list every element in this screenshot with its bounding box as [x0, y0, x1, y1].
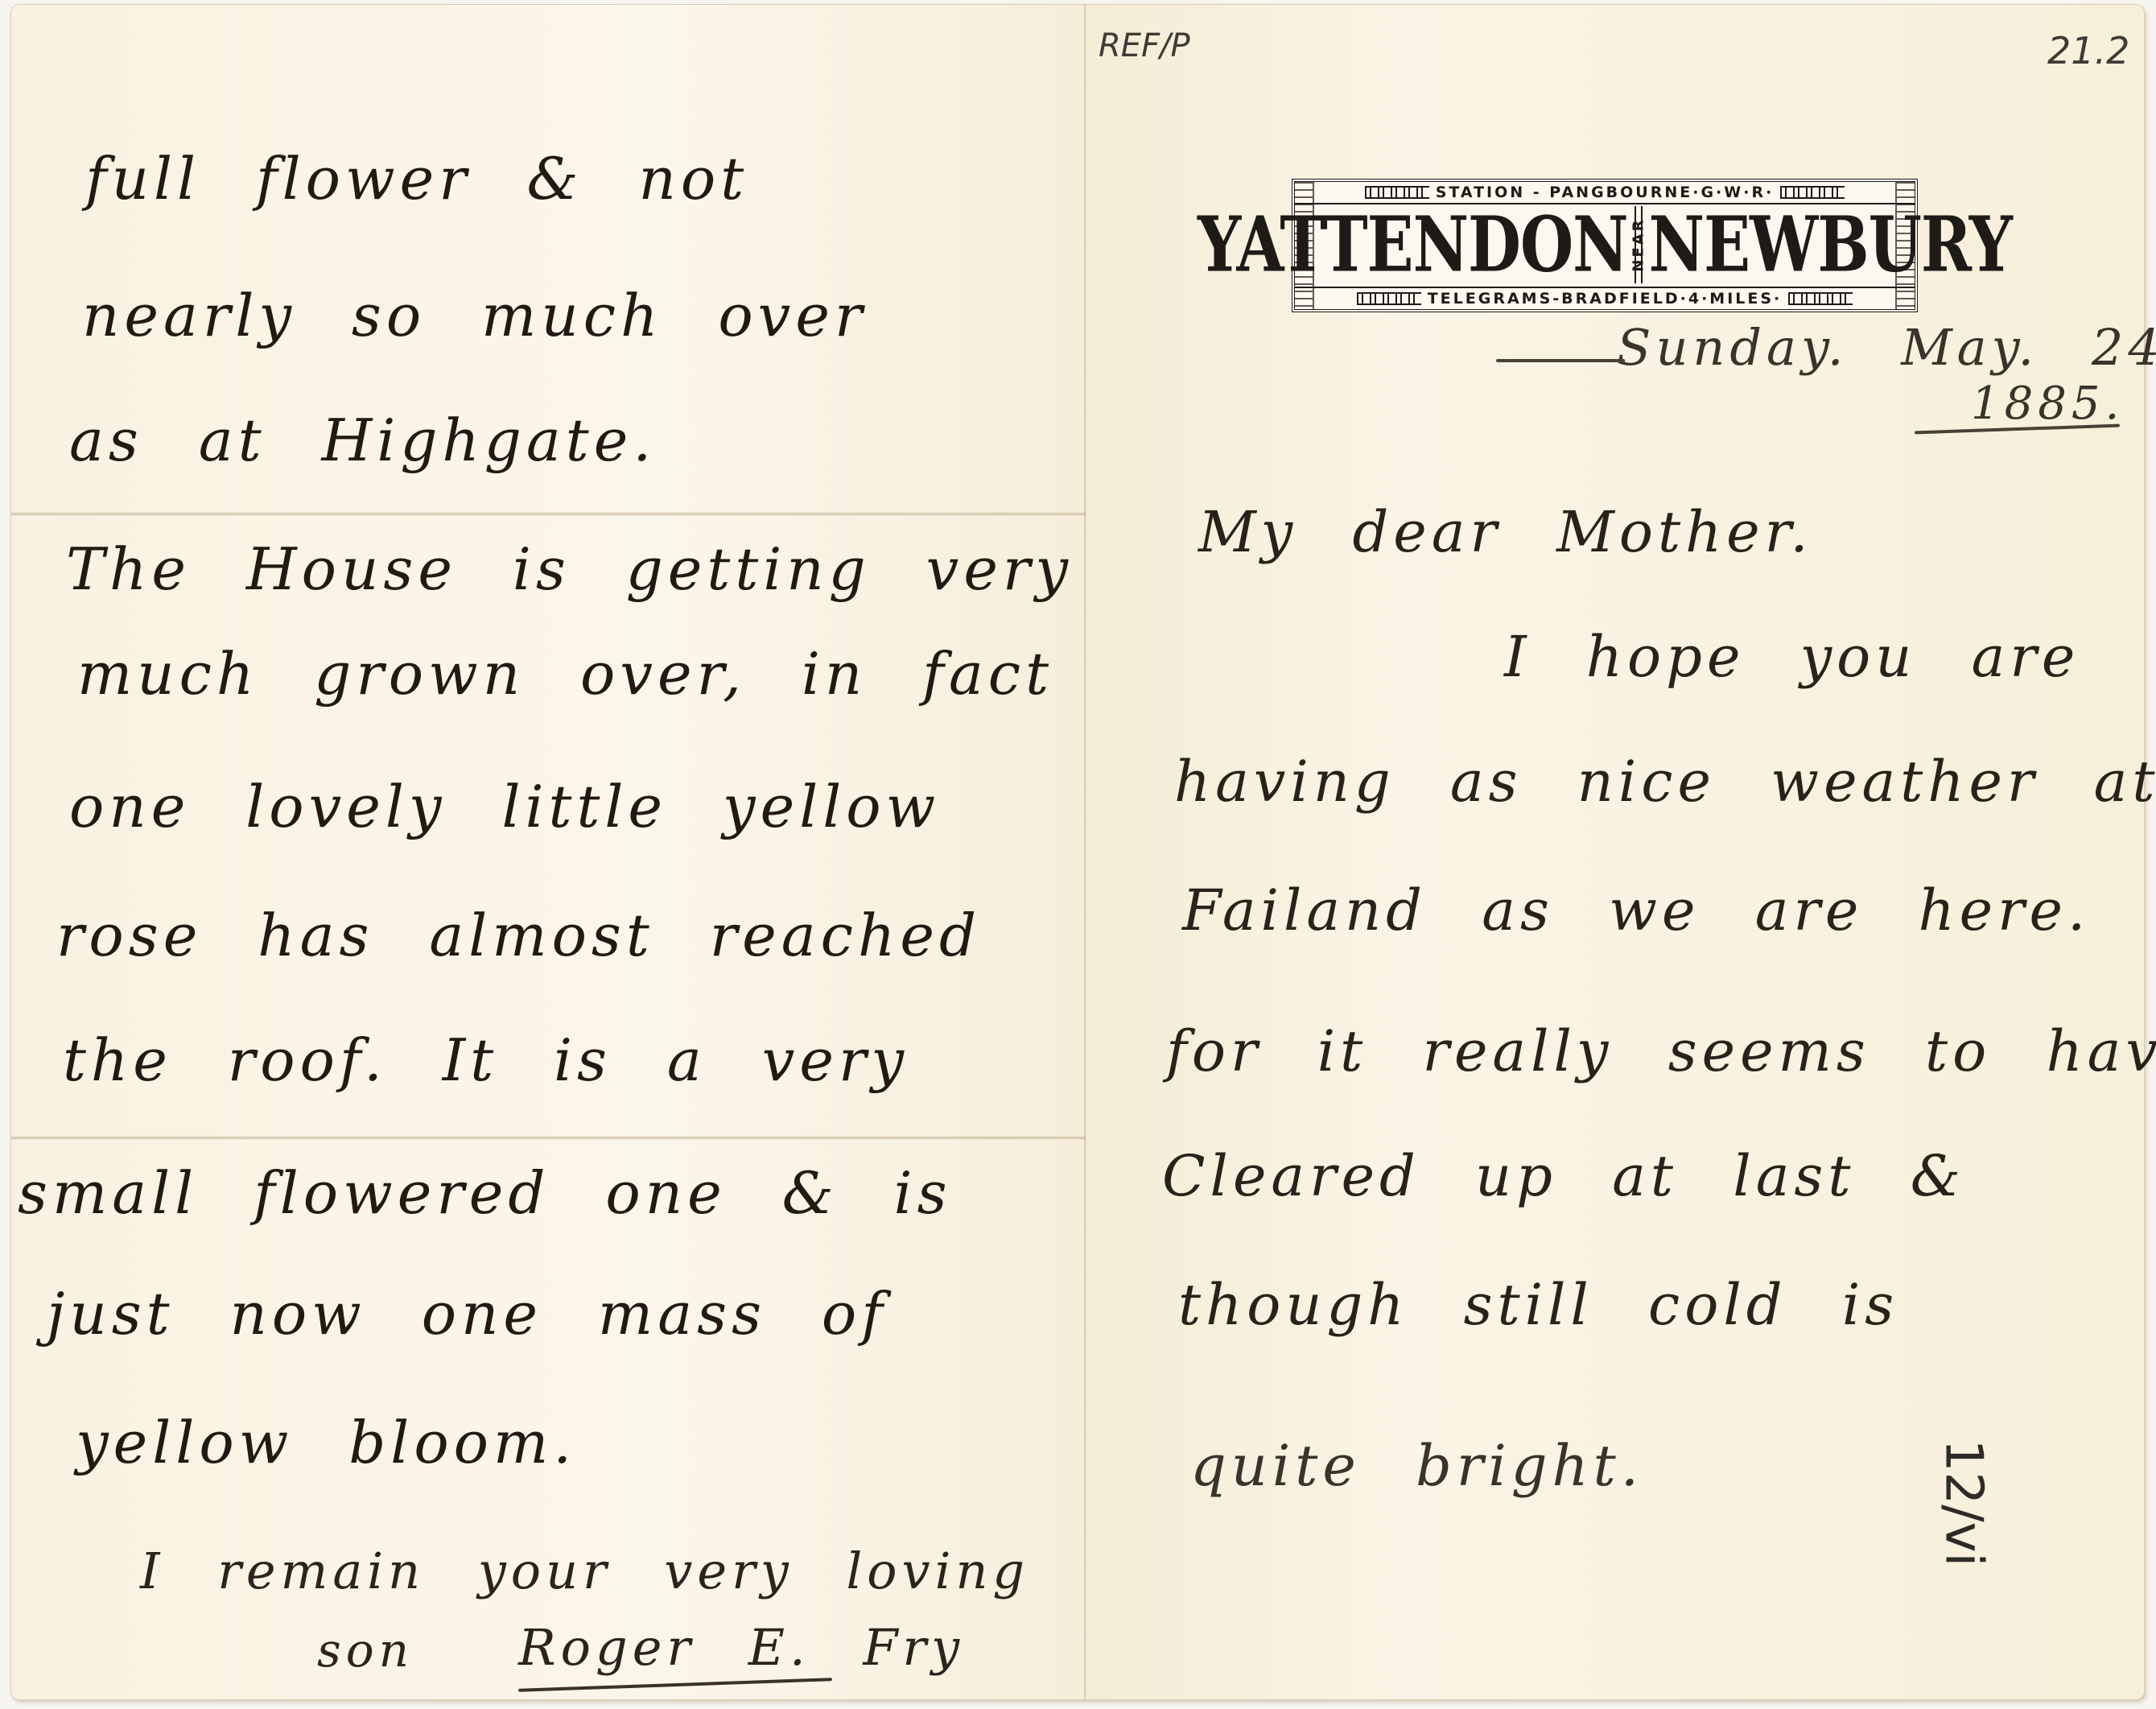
greek-key-ornament-icon	[1365, 186, 1429, 199]
letterhead-address: YATTENDON NEAR NEWBURY	[1295, 204, 1915, 285]
letter-line: Failand as we are here.	[1182, 882, 2090, 939]
letter-line: just now one mass of	[47, 1285, 888, 1343]
letter-line: having as nice weather at	[1174, 753, 2156, 810]
closing-line: I remain your very loving	[140, 1546, 1029, 1596]
letter-line: as at Highgate.	[69, 411, 656, 469]
horizontal-fold-line	[11, 512, 1086, 516]
letter-line: the roof. It is a very	[63, 1031, 909, 1089]
closing-son: son	[317, 1627, 414, 1674]
printed-letterhead: STATION - PANGBOURNE·G·W·R· YATTENDON NE…	[1292, 179, 1918, 312]
near-text: NEAR	[1630, 217, 1647, 271]
salutation: My dear Mother.	[1198, 504, 1813, 560]
signature: Roger E. Fry	[518, 1623, 964, 1673]
letter-line: though still cold is	[1178, 1277, 1898, 1333]
letter-line: for it really seems to have	[1166, 1023, 2156, 1079]
letter-line: rose has almost reached	[56, 906, 981, 964]
place-name: YATTENDON	[1198, 207, 1628, 283]
letter-line: yellow bloom.	[76, 1414, 576, 1472]
archive-item-number: 21.2	[2047, 29, 2129, 72]
rotated-pencil-note: 12/vi	[1933, 1439, 1993, 1567]
near-label: NEAR	[1635, 206, 1643, 283]
greek-key-ornament-icon	[1780, 186, 1845, 199]
station-text: STATION - PANGBOURNE·G·W·R·	[1436, 184, 1775, 201]
letter-line: small flowered one & is	[18, 1164, 952, 1222]
date-year: 1885.	[1971, 382, 2124, 427]
letterhead-telegram-line: TELEGRAMS-BRADFIELD·4·MILES·	[1295, 287, 1915, 309]
letter-line: one lovely little yellow	[69, 778, 940, 836]
archive-reference: REF/P	[1099, 27, 1190, 64]
letter-line: nearly so much over	[82, 287, 867, 345]
horizontal-fold-line	[11, 1136, 1086, 1140]
signature-underline	[518, 1678, 832, 1692]
left-page: full flower & not nearly so much over as…	[11, 5, 1086, 1699]
letter-line: full flower & not	[85, 150, 748, 208]
town-name: NEWBURY	[1649, 207, 2012, 283]
greek-key-ornament-icon	[1788, 292, 1853, 305]
letter-line: I hope you are	[1504, 629, 2080, 685]
date-dash	[1496, 359, 1625, 362]
letter-line: quite bright.	[1190, 1438, 1643, 1494]
telegram-text: TELEGRAMS-BRADFIELD·4·MILES·	[1428, 290, 1783, 308]
date-line: Sunday. May. 24.	[1617, 323, 2156, 373]
greek-key-ornament-icon	[1357, 292, 1421, 305]
letter-line: The House is getting very	[66, 540, 1073, 598]
letter-line: Cleared up at last &	[1162, 1148, 1965, 1204]
letter-line: much grown over, in fact	[77, 645, 1053, 703]
